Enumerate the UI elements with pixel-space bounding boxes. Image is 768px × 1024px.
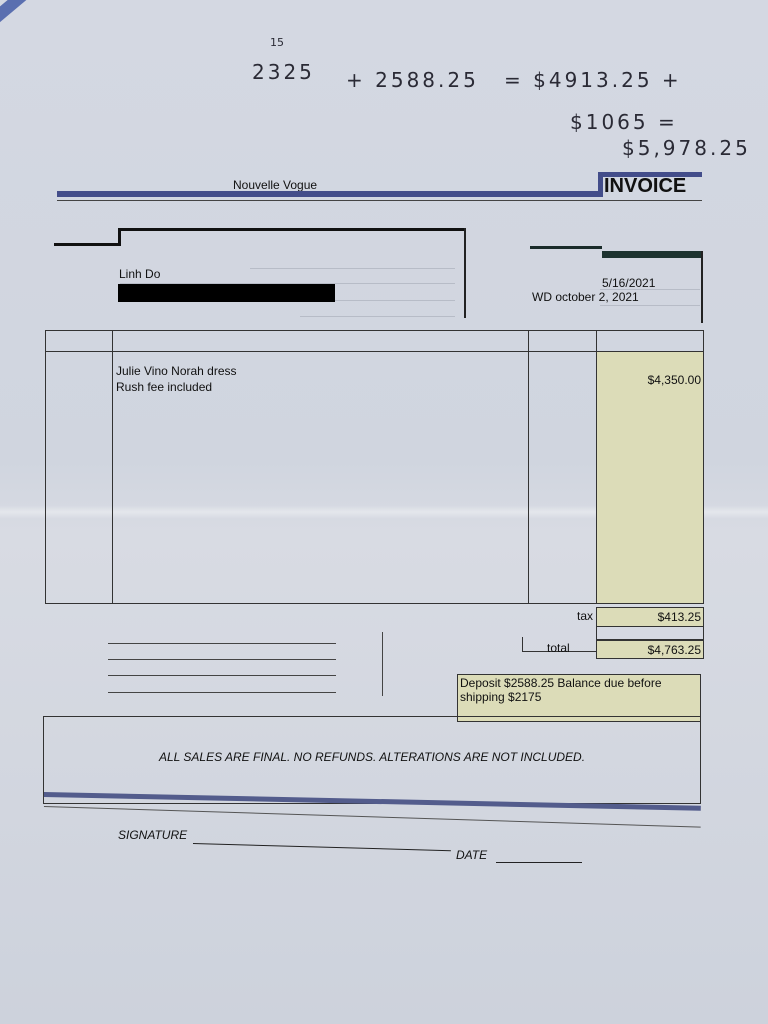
billto-frame-low: [54, 243, 120, 246]
invoice-title: INVOICE: [604, 175, 686, 198]
item-amount: $4,350.00: [648, 373, 701, 387]
header-rule: [57, 200, 702, 201]
billto-frame-top: [118, 228, 466, 231]
date-line[interactable]: [496, 862, 582, 863]
table-column-divider: [112, 331, 113, 603]
total-label: total: [547, 641, 570, 655]
handwritten-sum-1: = $4913.25 +: [504, 68, 682, 92]
customer-name: Linh Do: [119, 267, 160, 281]
tax-value: $413.25: [658, 610, 701, 624]
handwritten-amount-1: 2325: [252, 60, 315, 84]
dates-frame-bar: [530, 246, 602, 249]
notes-line: [108, 675, 336, 676]
handwritten-amount-3: $1065 =: [570, 110, 678, 134]
invoice-date: 5/16/2021: [602, 276, 655, 290]
handwritten-grand-total: $5,978.25: [622, 136, 751, 160]
date-label: DATE: [456, 848, 487, 862]
table-header-rule: [46, 351, 703, 352]
terms-box: ALL SALES ARE FINAL. NO REFUNDS. ALTERAT…: [43, 716, 701, 804]
dates-frame-bar-thick: [602, 251, 702, 258]
dates-rule: [600, 305, 700, 306]
billto-rule: [300, 316, 455, 317]
wedding-date: WD october 2, 2021: [532, 290, 639, 304]
line-items-table: Julie Vino Norah dress Rush fee included…: [45, 330, 704, 604]
invoice-paper: 15 2325 + 2588.25 = $4913.25 + $1065 = $…: [0, 0, 768, 1024]
signature-label: SIGNATURE: [118, 828, 187, 842]
handwritten-amount-2: + 2588.25: [346, 68, 479, 92]
tax-label: tax: [577, 609, 593, 623]
header-accent-bar: [57, 191, 602, 197]
invoice-title-frame-edge: [598, 172, 603, 197]
payment-note: Deposit $2588.25 Balance due before ship…: [457, 674, 701, 722]
tax-box: $413.25: [596, 607, 704, 627]
footer-rule: [44, 806, 701, 828]
redacted-address: [118, 284, 335, 302]
company-name: Nouvelle Vogue: [233, 178, 317, 192]
signature-line[interactable]: [193, 843, 451, 851]
handwritten-superscript: 15: [270, 36, 284, 49]
notes-line: [108, 643, 336, 644]
billto-frame-right: [464, 228, 466, 318]
notes-line: [108, 659, 336, 660]
dates-frame-right: [701, 251, 703, 323]
billto-rule: [250, 268, 455, 269]
corner-stripe-decoration: [0, 0, 106, 49]
total-box: $4,763.25: [596, 640, 704, 659]
terms-text: ALL SALES ARE FINAL. NO REFUNDS. ALTERAT…: [44, 750, 700, 764]
item-description-note: Rush fee included: [116, 380, 212, 394]
notes-line: [108, 692, 336, 693]
total-value: $4,763.25: [648, 643, 701, 657]
table-column-divider: [528, 331, 529, 603]
table-column-divider: [596, 331, 597, 603]
amount-column-fill: [596, 352, 703, 603]
item-description: Julie Vino Norah dress: [116, 364, 237, 378]
blank-total-row: [596, 626, 704, 640]
notes-divider: [382, 632, 383, 696]
